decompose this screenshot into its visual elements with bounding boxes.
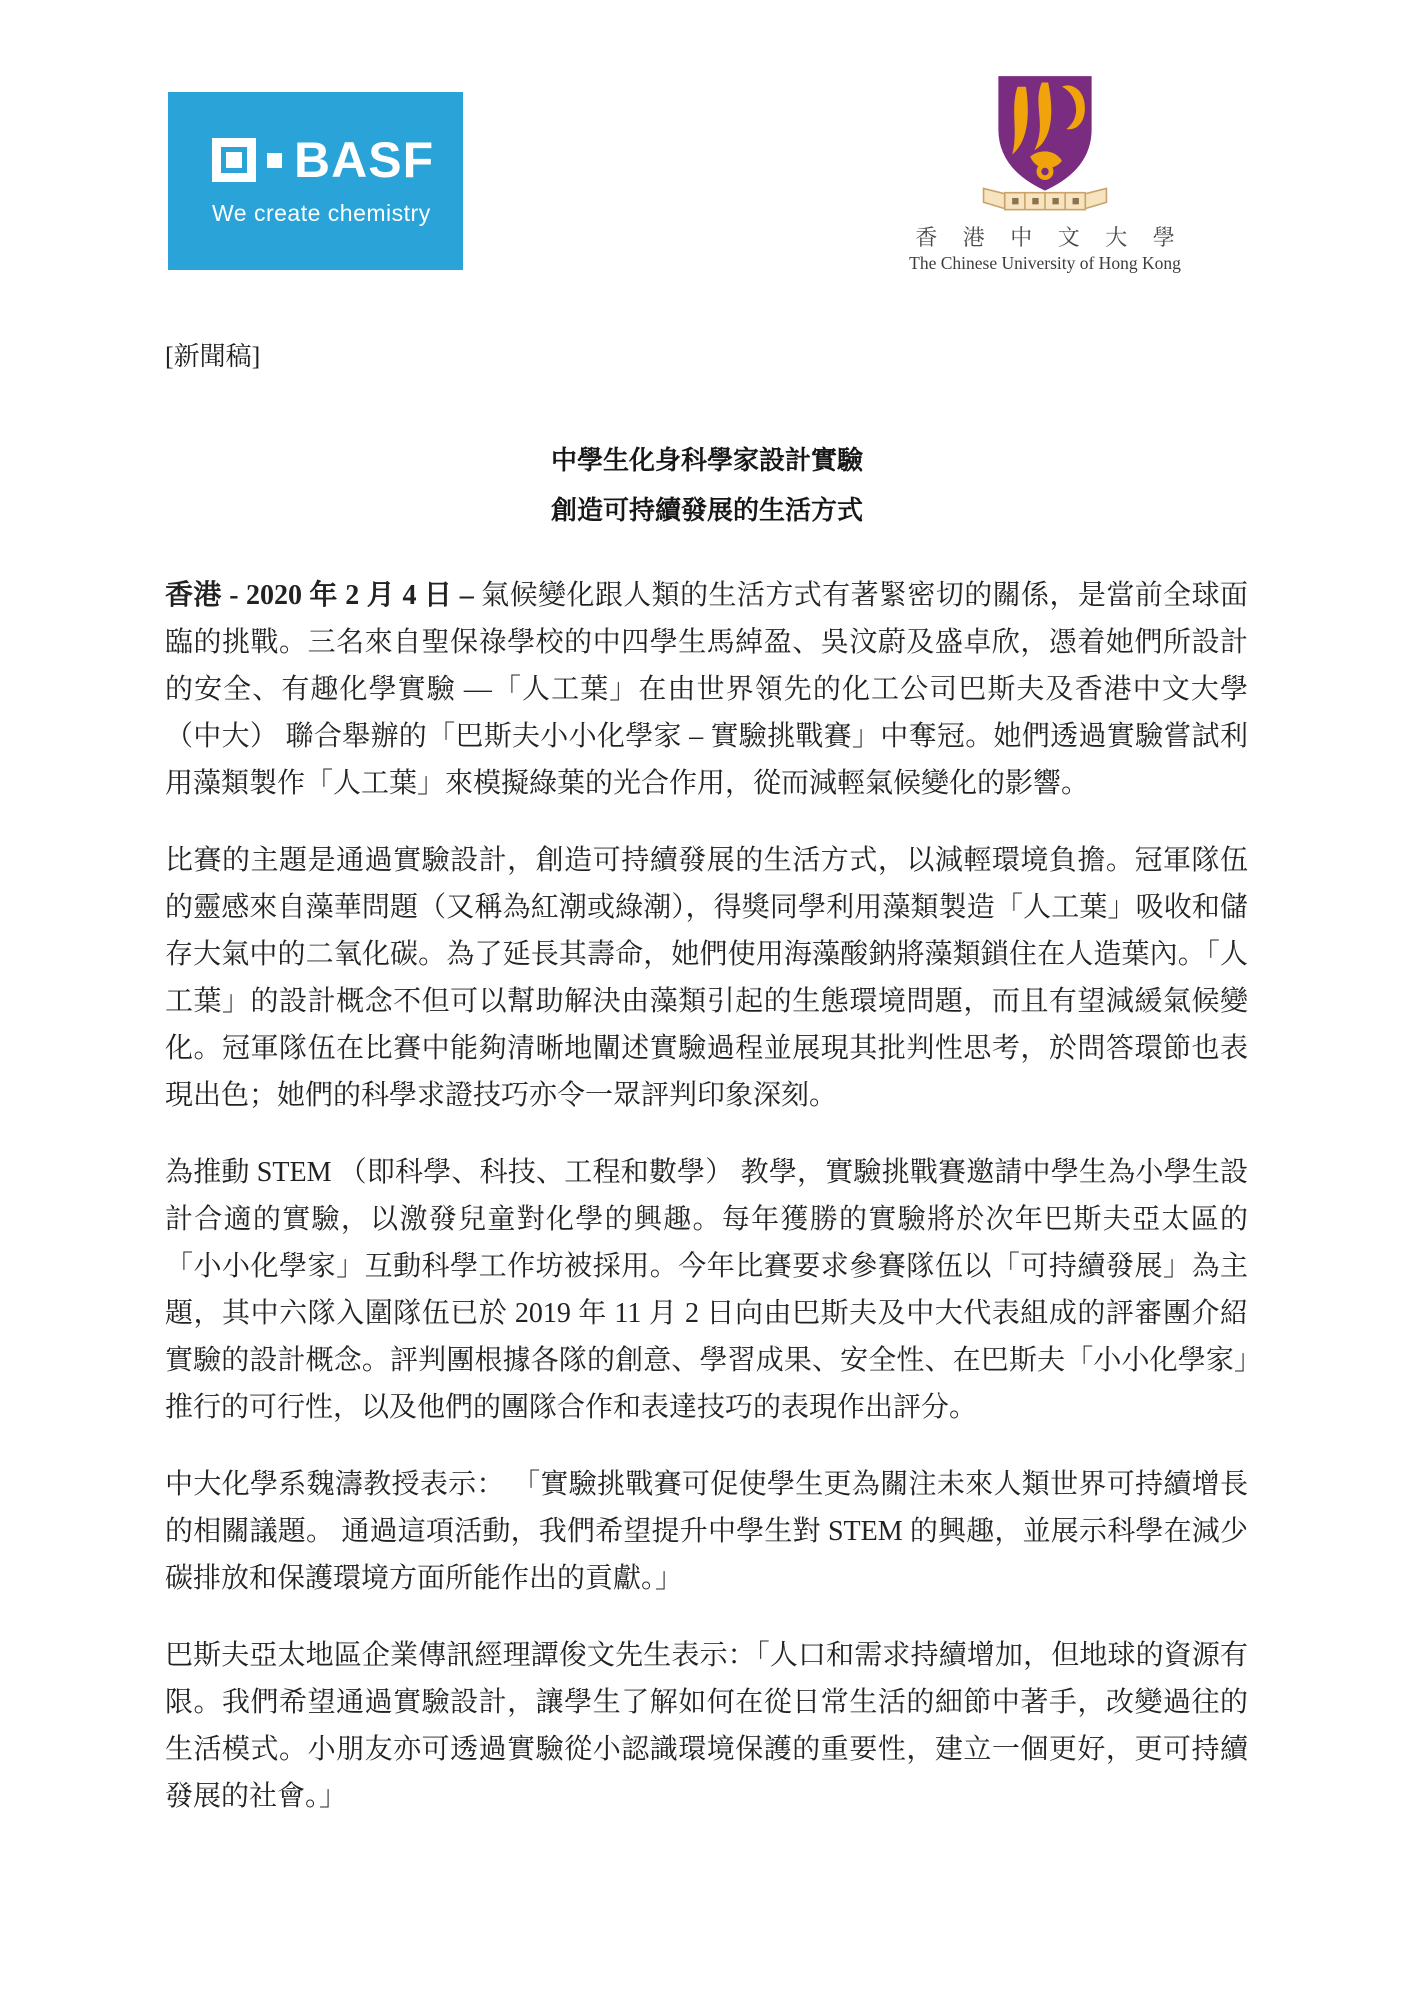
cuhk-shield-icon <box>981 74 1109 216</box>
basf-logo: BASF We create chemistry <box>168 92 463 270</box>
document-title: 中學生化身科學家設計實驗 創造可持續發展的生活方式 <box>0 436 1414 536</box>
paragraph-text: 中大化學系魏濤教授表示： 「實驗挑戰賽可促使學生更為關注未來人類世界可持續增長的… <box>165 1469 1248 1594</box>
paragraph-text: 比賽的主題是通過實驗設計，創造可持續發展的生活方式，以減輕環境負擔。冠軍隊伍的靈… <box>165 845 1248 1111</box>
basf-square-outline-icon <box>212 138 256 182</box>
body-paragraph: 比賽的主題是通過實驗設計，創造可持續發展的生活方式，以減輕環境負擔。冠軍隊伍的靈… <box>165 837 1248 1119</box>
body-paragraph: 為推動 STEM （即科學、科技、工程和數學） 教學，實驗挑戰賽邀請中學生為小學… <box>165 1149 1248 1431</box>
document-body: 香港 - 2020 年 2 月 4 日 – 氣候變化跟人類的生活方式有著緊密切的… <box>165 572 1248 1850</box>
press-release-tag: [新聞稿] <box>165 336 260 373</box>
basf-logo-row: BASF <box>212 135 463 185</box>
paragraph-text: 氣候變化跟人類的生活方式有著緊密切的關係，是當前全球面臨的挑戰。三名來自聖保祿學… <box>165 580 1248 799</box>
document-title-line2: 創造可持續發展的生活方式 <box>0 486 1414 536</box>
paragraph-dateline: 香港 - 2020 年 2 月 4 日 – <box>165 580 481 611</box>
cuhk-name-english: The Chinese University of Hong Kong <box>880 253 1210 274</box>
cuhk-name-chinese: 香 港 中 文 大 學 <box>880 221 1210 252</box>
basf-square-dot-icon <box>267 153 282 168</box>
cuhk-logo: 香 港 中 文 大 學 The Chinese University of Ho… <box>880 74 1210 274</box>
paragraph-text: 巴斯夫亞太地區企業傳訊經理譚俊文先生表示：「人口和需求持續增加，但地球的資源有限… <box>165 1640 1248 1812</box>
basf-tagline: We create chemistry <box>212 200 463 227</box>
body-paragraph: 香港 - 2020 年 2 月 4 日 – 氣候變化跟人類的生活方式有著緊密切的… <box>165 572 1248 807</box>
paragraph-text: 為推動 STEM （即科學、科技、工程和數學） 教學，實驗挑戰賽邀請中學生為小學… <box>165 1157 1248 1423</box>
document-title-line1: 中學生化身科學家設計實驗 <box>0 436 1414 486</box>
body-paragraph: 中大化學系魏濤教授表示： 「實驗挑戰賽可促使學生更為關注未來人類世界可持續增長的… <box>165 1461 1248 1602</box>
body-paragraph: 巴斯夫亞太地區企業傳訊經理譚俊文先生表示：「人口和需求持續增加，但地球的資源有限… <box>165 1632 1248 1820</box>
basf-wordmark: BASF <box>294 135 434 185</box>
